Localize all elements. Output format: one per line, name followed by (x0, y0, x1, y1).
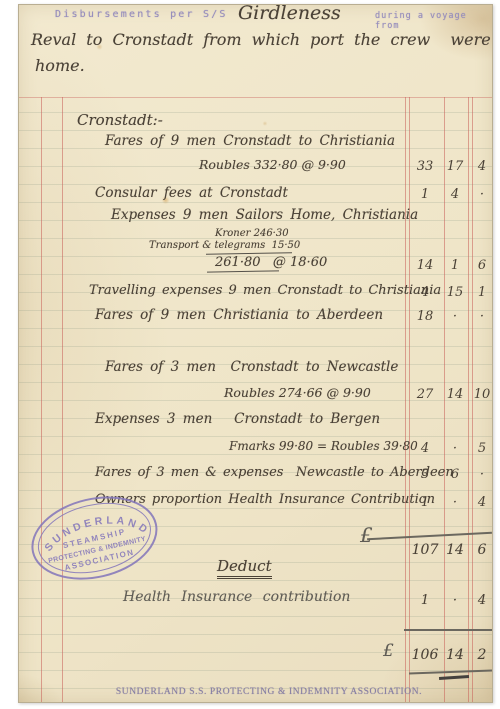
final-amount: 106 14 2 (19, 647, 492, 665)
final-shillings: 14 (441, 647, 469, 663)
amount-pence: 6 (468, 258, 496, 273)
entry-desc: Expenses 3 men Cronstadt to Bergen (95, 411, 380, 427)
entry-amount: 4 15 1 (19, 285, 492, 303)
amount-shillings: 1 (441, 258, 469, 273)
amount-shillings: · (441, 309, 469, 324)
amount-shillings: 6 (441, 467, 469, 482)
final-pence: 2 (468, 647, 496, 663)
deduct-pounds: 1 (407, 593, 443, 608)
subtotal-pence: 6 (468, 542, 496, 558)
ship-name: Girdleness (238, 2, 341, 24)
entry-amount: 33 17 4 (19, 159, 492, 177)
amount-pence: · (468, 309, 496, 324)
entry-desc: Expenses 9 men Sailors Home, Christiania (111, 207, 418, 223)
final-pounds: 106 (407, 647, 443, 663)
entry-amount: 3 6 · (19, 467, 492, 485)
amount-pence: 5 (468, 441, 496, 456)
amount-pence: · (468, 187, 496, 202)
amount-shillings: 17 (441, 159, 469, 174)
amount-pounds: 4 (407, 285, 443, 300)
amount-shillings: 4 (441, 187, 469, 202)
entry-sub-kroner: Kroner 246·30 (215, 228, 289, 239)
amount-pence: · (468, 467, 496, 482)
amount-pounds: 27 (407, 387, 443, 402)
voyage-route-line2: home. (35, 56, 85, 75)
deduct-heading-text: Deduct (217, 557, 272, 579)
typed-header-left: Disbursements per S/S (55, 9, 228, 20)
entry-amount: 18 · · (19, 309, 492, 327)
amount-shillings: · (441, 495, 469, 510)
entry-desc: Fares of 3 men Cronstadt to Newcastle (105, 359, 398, 375)
entry-amount: 4 · 5 (19, 441, 492, 459)
amount-shillings: 14 (441, 387, 469, 402)
amount-pence: 10 (468, 387, 496, 402)
section-heading: Cronstadt:- (77, 111, 163, 129)
amount-pounds: 14 (407, 258, 443, 273)
red-header-rule (19, 97, 492, 98)
deduct-heading: Deduct (217, 557, 272, 575)
amount-pounds: 3 (407, 467, 443, 482)
typed-header-right: during a voyage from (375, 11, 492, 31)
amount-pence: 1 (468, 285, 496, 300)
entry-amount: 27 14 10 (19, 387, 492, 405)
deduct-amount: 1 · 4 (19, 593, 492, 611)
ledger-page: Disbursements per S/S Girdleness during … (18, 4, 493, 703)
entry-desc: Fares of 9 men Cronstadt to Christiania (105, 133, 395, 149)
deduct-shillings: · (441, 593, 469, 608)
entry-amount: 1 4 · (19, 187, 492, 205)
subtotal-shillings: 14 (441, 542, 469, 558)
amount-shillings: · (441, 441, 469, 456)
voyage-route-line: Reval to Cronstadt from which port the c… (31, 30, 500, 49)
deduct-pence: 4 (468, 593, 496, 608)
amount-pounds: 1 (407, 495, 443, 510)
amount-pence: 4 (468, 159, 496, 174)
amount-shillings: 15 (441, 285, 469, 300)
subtotal-pounds: 107 (407, 542, 443, 558)
amount-pounds: 4 (407, 441, 443, 456)
amount-pounds: 33 (407, 159, 443, 174)
entry-amount: 14 1 6 (19, 258, 492, 276)
amount-pence: 4 (468, 495, 496, 510)
amount-pounds: 1 (407, 187, 443, 202)
final-total-top-rule (404, 629, 492, 631)
entry-sub-transport: Transport & telegrams 15·50 (149, 240, 300, 251)
printed-footer: SUNDERLAND S.S. PROTECTING & INDEMNITY A… (79, 687, 459, 697)
amount-pounds: 18 (407, 309, 443, 324)
